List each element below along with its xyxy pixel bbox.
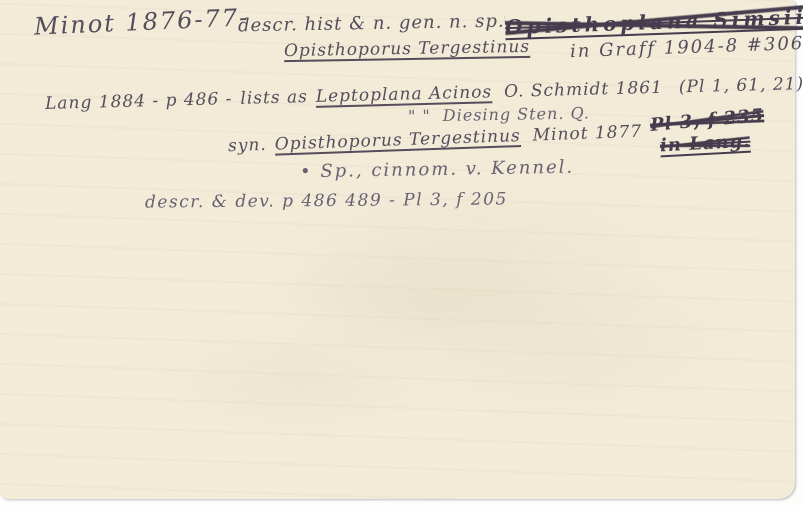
lists-as-note: lists as <box>240 87 308 109</box>
minot-note: descr. hist & n. gen. n. sp. <box>238 11 505 37</box>
ditto-marks: " " <box>408 106 431 125</box>
description-note: descr. & dev. p 486 489 - Pl 3, f 205 <box>145 189 508 212</box>
species-name: Opisthoporus Tergestinus <box>284 37 530 61</box>
figure-reference: (Pl 1, 61, 21) <box>679 74 803 97</box>
lang-citation: Lang 1884 - p 486 - <box>45 89 233 114</box>
synonym-authority: Minot 1877 <box>532 122 642 146</box>
minot-citation: Minot 1876-77- <box>33 3 249 40</box>
remark-note: • Sp., cinnom. v. Kennel. <box>300 157 574 183</box>
second-authority: Diesing Sten. Q. <box>443 103 590 125</box>
index-card: Minot 1876-77- descr. hist & n. gen. n. … <box>0 0 795 499</box>
listed-name-authority: O. Schmidt 1861 <box>504 78 663 102</box>
graff-reference: in Graff 1904-8 #306 <box>570 33 803 62</box>
listed-name: Leptoplana Acinos <box>316 82 493 107</box>
synonym-label: syn. <box>228 135 267 156</box>
scan-background: Minot 1876-77- descr. hist & n. gen. n. … <box>0 0 803 506</box>
synonym-name: Opisthoporus Tergestinus <box>274 126 521 155</box>
crossed-out-lang-ref: in Lang. <box>660 131 751 157</box>
